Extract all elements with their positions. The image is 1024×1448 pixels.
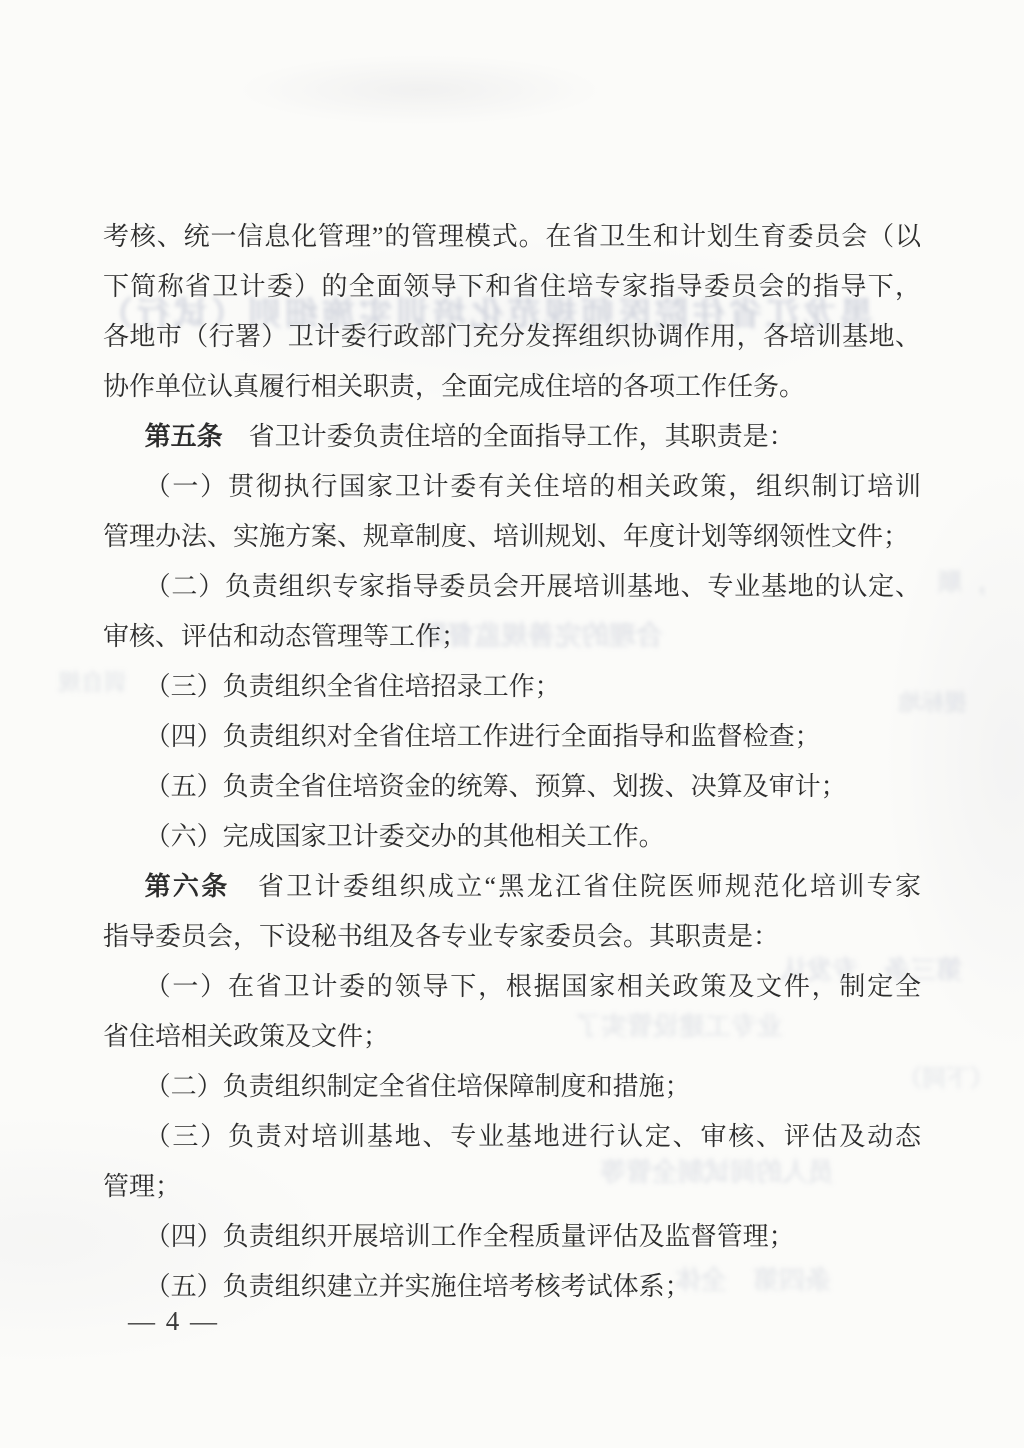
text-line: 省住培相关政策及文件； [103,1012,921,1062]
text-line: （二）负责组织专家指导委员会开展培训基地、专业基地的认定、 [103,562,921,612]
text-line: （三）负责组织全省住培招录工作； [103,662,921,712]
text-line: 管理办法、实施方案、规章制度、培训规划、年度计划等纲领性文件； [103,512,921,562]
text-line: 指导委员会，下设秘书组及各专业专家委员会。其职责是： [103,912,921,962]
text-line: 协作单位认真履行相关职责，全面完成住培的各项工作任务。 [103,362,921,412]
text-line: （五）负责全省住培资金的统筹、预算、划拨、决算及审计； [103,762,921,812]
text-line: （一）在省卫计委的领导下，根据国家相关政策及文件，制定全 [103,962,921,1012]
text-line: 考核、统一信息化管理”的管理模式。在省卫生和计划生育委员会（以 [103,212,921,262]
article-number: 第六条 [145,872,230,901]
document-body: 考核、统一信息化管理”的管理模式。在省卫生和计划生育委员会（以 下简称省卫计委）… [103,212,921,1312]
text-line: （四）负责组织对全省住培工作进行全面指导和监督检查； [103,712,921,762]
article-text: 省卫计委组织成立“黑龙江省住院医师规范化培训专家 [230,872,921,901]
text-line: 第六条 省卫计委组织成立“黑龙江省住院医师规范化培训专家 [103,862,921,912]
text-line: 审核、评估和动态管理等工作； [103,612,921,662]
text-line: 第五条 省卫计委负责住培的全面指导工作，其职责是： [103,412,921,462]
bleedthrough-fragment: ，顺 [938,562,986,597]
article-text: 省卫计委负责住培的全面指导工作，其职责是： [223,422,795,451]
text-line: 下简称省卫计委）的全面领导下和省住培专家指导委员会的指导下， [103,262,921,312]
text-line: （六）完成国家卫计委交办的其他相关工作。 [103,812,921,862]
text-line: （一）贯彻执行国家卫计委有关住培的相关政策，组织制订培训 [103,462,921,512]
article-number: 第五条 [145,422,223,451]
text-line: 管理； [103,1162,921,1212]
text-line: （三）负责对培训基地、专业基地进行认定、审核、评估及动态 [103,1112,921,1162]
text-line: （二）负责组织制定全省住培保障制度和措施； [103,1062,921,1112]
page-number: — 4 — [128,1306,219,1337]
scanned-document-page: 黑龙江省住院医师规范化培训实施细则（试行） ，顺 合理的完善规监督限 训自规 提… [0,0,1024,1448]
text-line: 各地市（行署）卫计委行政部门充分发挥组织协调作用，各培训基地、 [103,312,921,362]
text-line: （五）负责组织建立并实施住培考核考试体系； [103,1262,921,1312]
text-line: （四）负责组织开展培训工作全程质量评估及监督管理； [103,1212,921,1262]
